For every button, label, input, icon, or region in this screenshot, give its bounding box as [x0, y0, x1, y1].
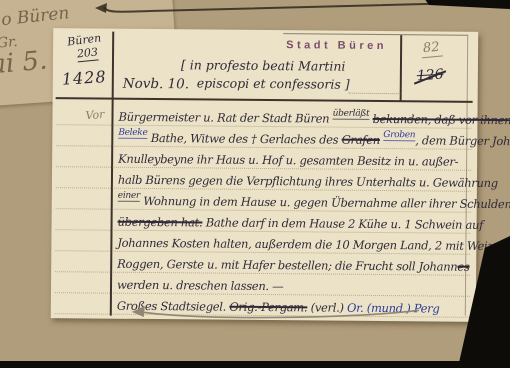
text-segment: , dem Bürger Johann [415, 133, 510, 148]
index-card: Büren 203 1428 Novb. 10. [ in profesto b… [51, 28, 479, 322]
scanned-archive-photo: o Büren Gr. ai 5. Büren 203 1428 Novb. 1… [0, 0, 510, 368]
text-segment: überläßt [333, 109, 370, 120]
text-segment: Or. (mund.) Perg [347, 301, 440, 316]
text-segment: übergeben hat. [118, 215, 203, 230]
text-segment: einer [118, 191, 140, 202]
underlying-card-line: o Büren [0, 3, 70, 30]
text-segment: Roggen, Gerste u. mit Hafer bestellen; d… [117, 257, 457, 274]
text-segment: Groben [383, 130, 415, 141]
left-column-rule [110, 32, 114, 316]
year-label: 1428 [61, 67, 107, 89]
folio-number-old-crossed: 126 [414, 67, 446, 85]
archive-reference-number: 203 [76, 45, 98, 62]
text-segment: Beleke [118, 128, 147, 139]
text-segment: Bathe darf in dem Hause 2 Kühe u. 1 Schw… [202, 215, 483, 231]
text-segment: Knulleybeyne ihr Haus u. Hof u. gesamten… [118, 152, 458, 169]
occasion-note-line1: [ in profesto beati Martini [181, 57, 346, 73]
stadt-bueren-stamp: Stadt Büren [286, 39, 387, 52]
text-segment: es [457, 260, 469, 274]
text-segment: Orig.-Pergam. [229, 300, 307, 315]
text-segment: werden u. dreschen lassen. — [117, 278, 283, 293]
occasion-note-line2: episcopi et confessoris ] [197, 75, 350, 91]
handwriting-line: Großes Stadtsiegel. Orig.-Pergam. (verl.… [117, 296, 472, 320]
text-segment: bekunden, daß vor ihnen [373, 112, 510, 127]
text-segment: Großes Stadtsiegel. [117, 299, 230, 314]
folio-number-new: 82 [420, 40, 442, 59]
photo-edge-dark [0, 361, 510, 368]
text-segment: Grafen [342, 133, 380, 147]
text-segment: Wohnung in dem Hause u. gegen Übernahme … [140, 194, 510, 211]
underlying-card-line: ai 5. [0, 46, 48, 81]
regest-text: Bürgermeister u. Rat der Stadt Büren übe… [117, 107, 474, 320]
text-segment: halb Bürens gegen die Verpflichtung ihre… [118, 173, 498, 190]
text-segment: Bürgermeister u. Rat der Stadt Büren [118, 110, 332, 126]
text-segment: (verl.) [307, 300, 347, 314]
margin-note: Vor [85, 108, 105, 122]
date-label: Novb. 10. [123, 76, 189, 93]
text-segment: Bathe, Witwe des † Gerlaches des [147, 131, 341, 147]
photo-edge-dark [420, 0, 510, 9]
text-segment: Johannes Kosten halten, außerdem die 10 … [117, 236, 510, 253]
